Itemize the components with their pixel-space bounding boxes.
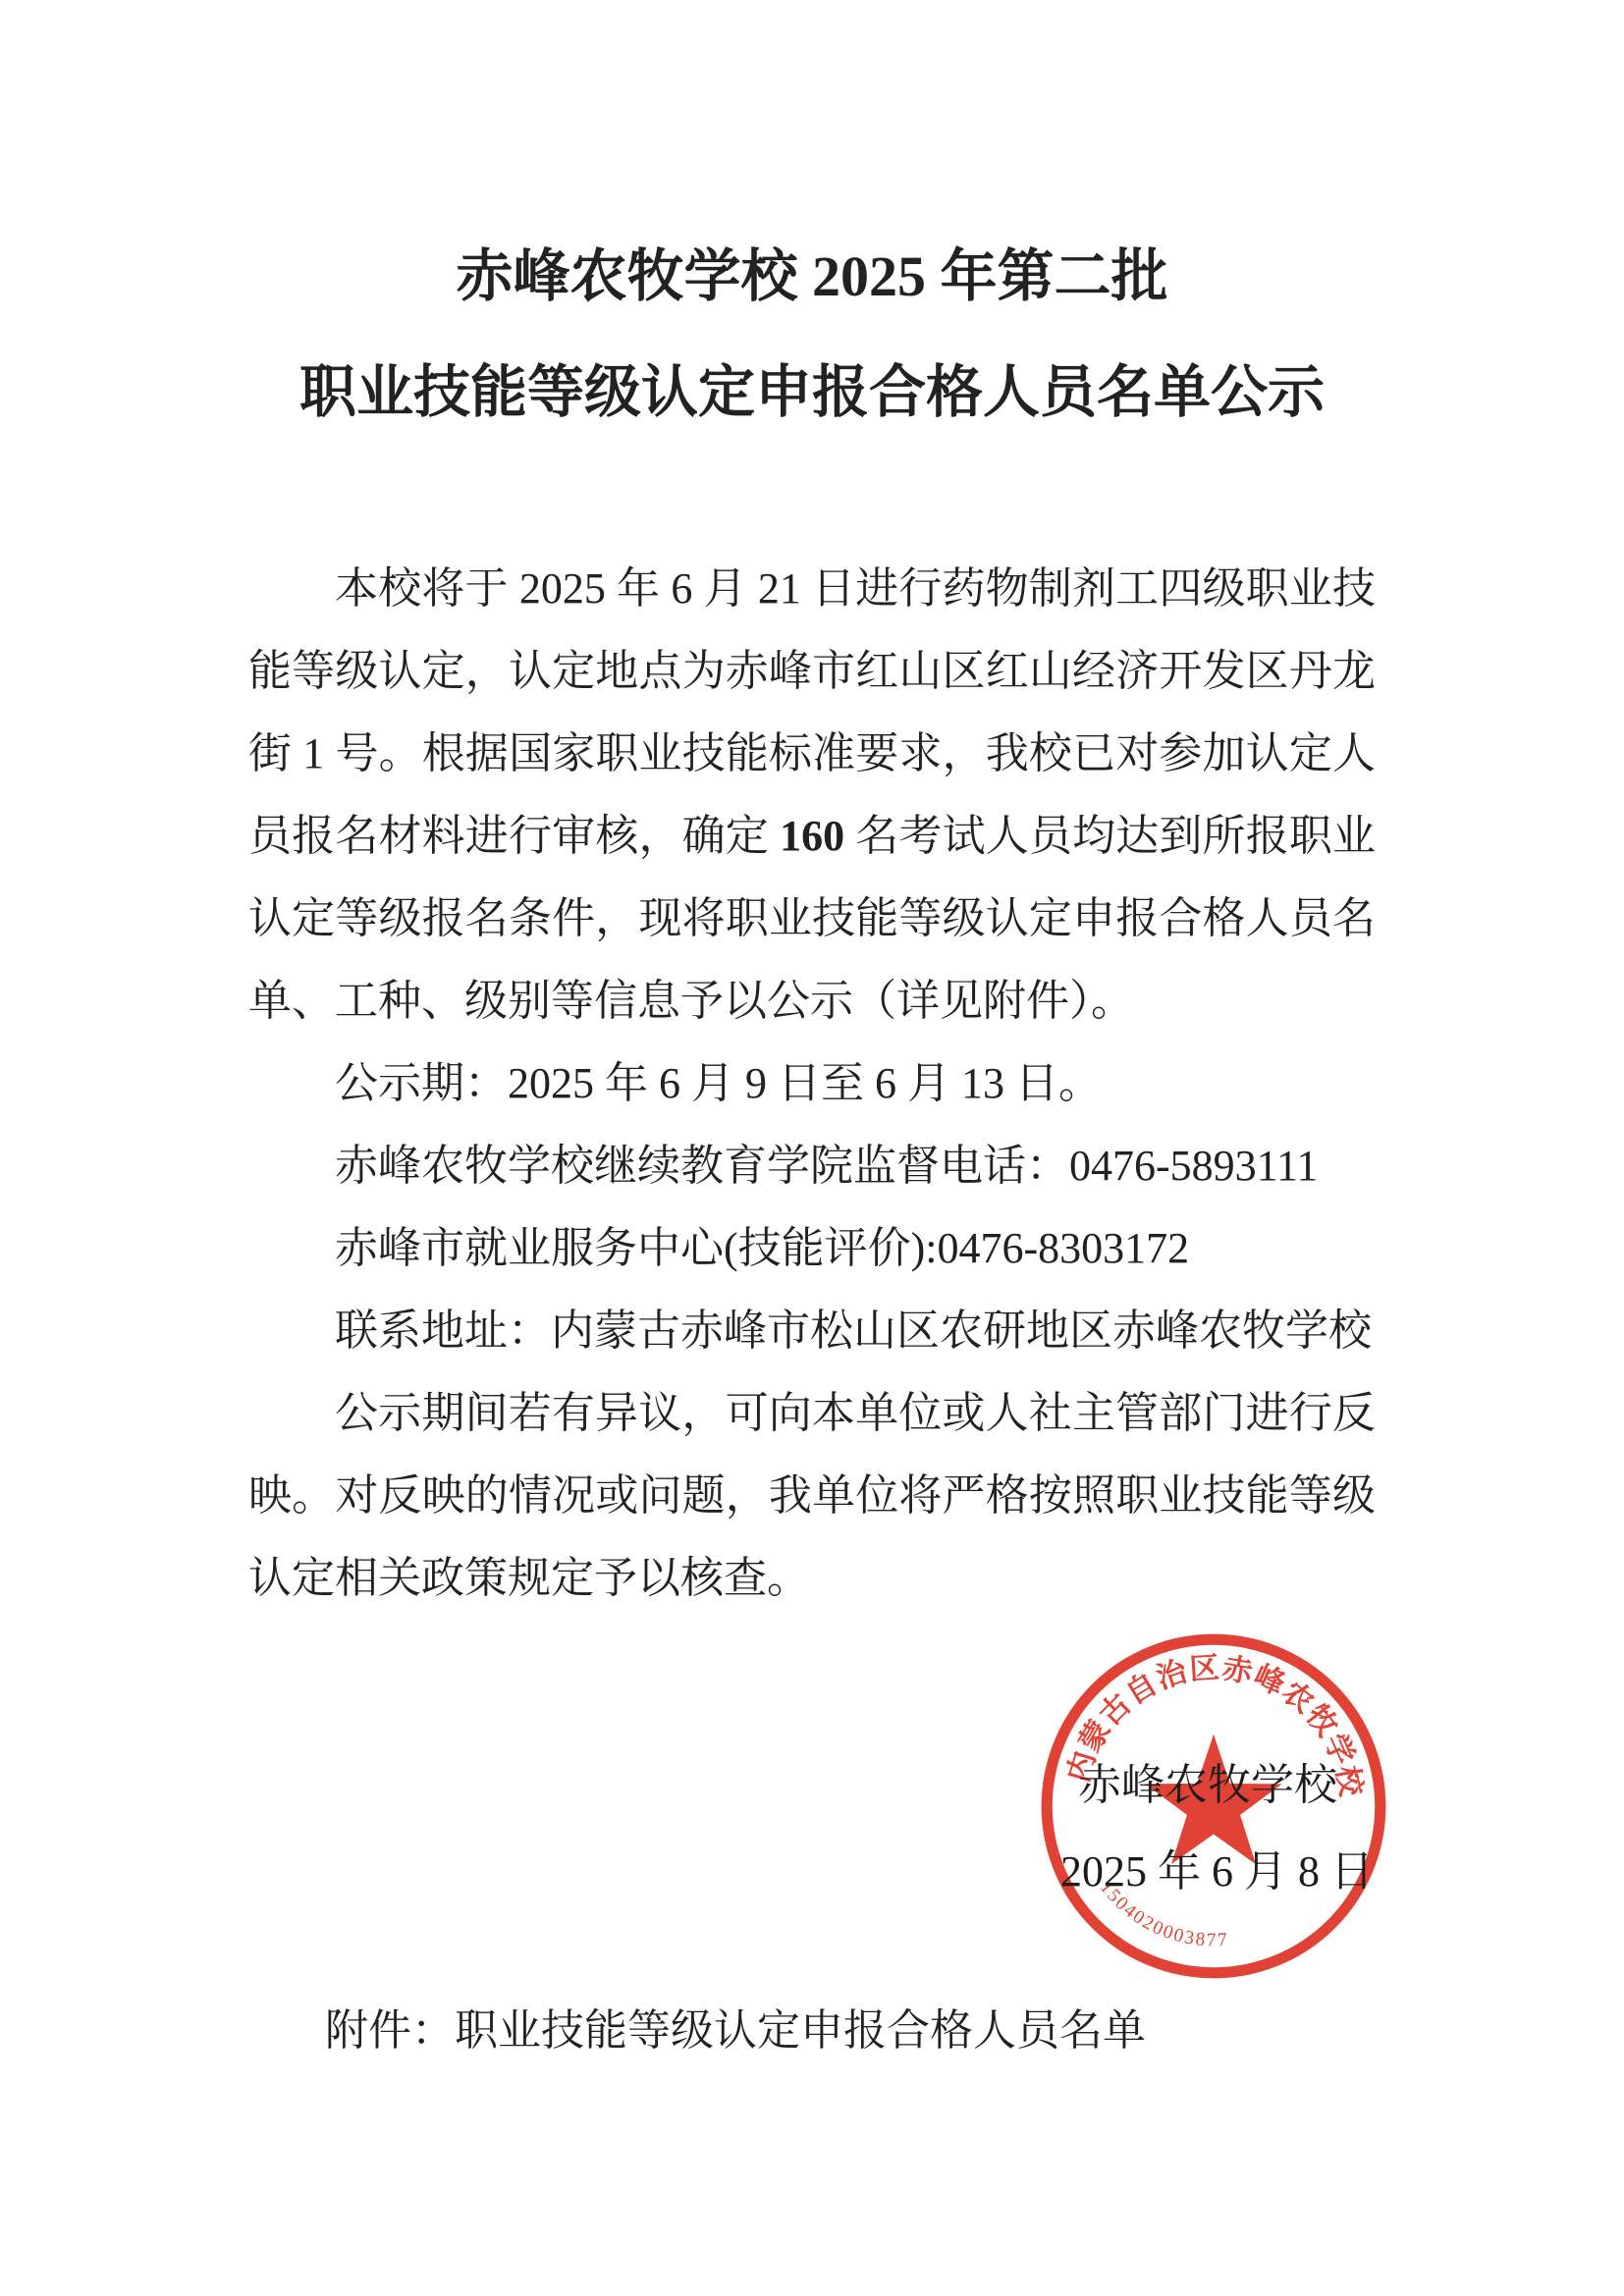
document-page: 赤峰农牧学校 2025 年第二批 职业技能等级认定申报合格人员名单公示 本校将于…	[0, 0, 1624, 2296]
examinee-count: 160	[780, 812, 844, 860]
paragraph-supervision-phone: 赤峰农牧学校继续教育学院监督电话：0476-5893111	[248, 1125, 1376, 1207]
signature-organization: 赤峰农牧学校	[1078, 1749, 1337, 1812]
paragraph-publicity-period: 公示期：2025 年 6 月 9 日至 6 月 13 日。	[248, 1042, 1376, 1125]
document-body: 本校将于 2025 年 6 月 21 日进行药物制剂工四级职业技能等级认定，认定…	[248, 548, 1376, 1620]
paragraph-objection-notice: 公示期间若有异议，可向本单位或人社主管部门进行反映。对反映的情况或问题，我单位将…	[248, 1372, 1376, 1620]
document-title-line-2: 职业技能等级认定申报合格人员名单公示	[248, 346, 1376, 428]
attachment-line: 附件：职业技能等级认定申报合格人员名单	[325, 1995, 1146, 2057]
paragraph-employment-center-phone: 赤峰市就业服务中心(技能评价):0476-8303172	[248, 1207, 1376, 1290]
document-title-line-1: 赤峰农牧学校 2025 年第二批	[248, 230, 1376, 312]
paragraph-main: 本校将于 2025 年 6 月 21 日进行药物制剂工四级职业技能等级认定，认定…	[248, 548, 1376, 1042]
signature-date: 2025 年 6 月 8 日	[1060, 1836, 1374, 1898]
paragraph-contact-address: 联系地址：内蒙古赤峰市松山区农研地区赤峰农牧学校	[248, 1290, 1376, 1372]
